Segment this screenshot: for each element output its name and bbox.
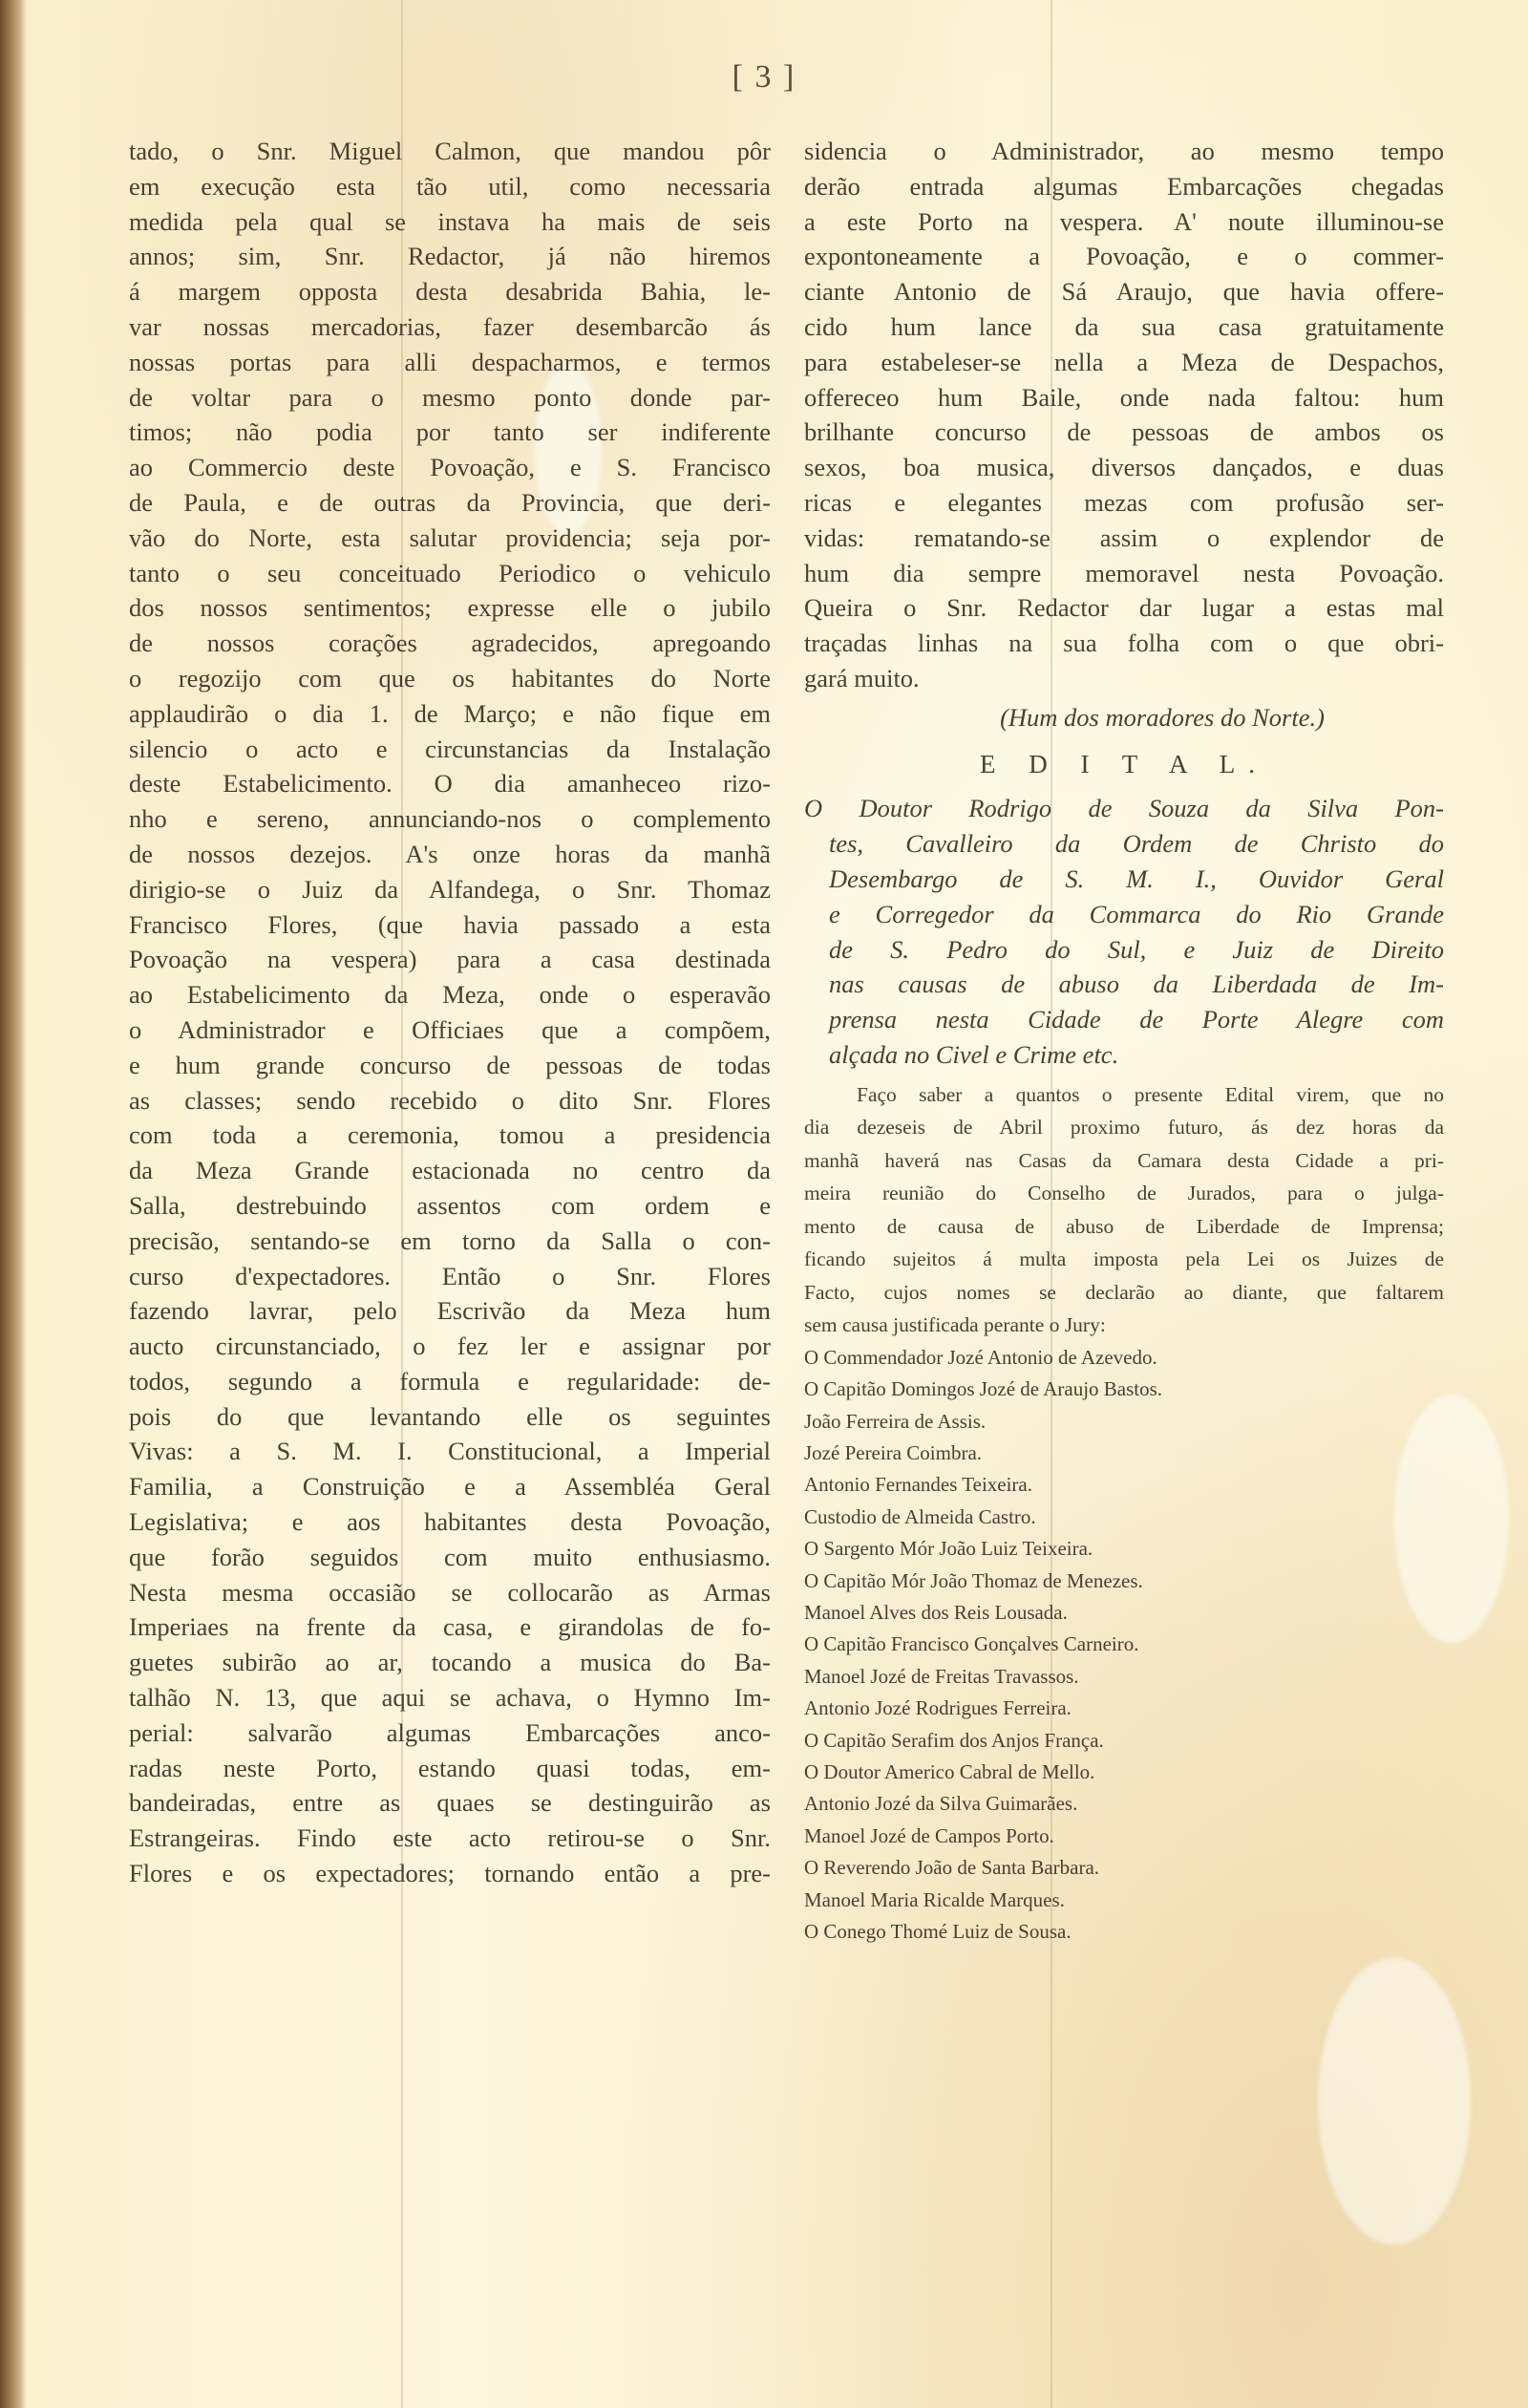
juror-name: O Reverendo João de Santa Barbara.	[804, 1852, 1444, 1884]
text-line: nossas portas para alli despacharmos, e …	[129, 345, 771, 380]
text-line: var nossas mercadorias, fazer desembarcã…	[129, 309, 771, 345]
text-line: de nossos dezejos. A's onze horas da man…	[129, 837, 771, 872]
text-line: dos nossos sentimentos; expresse elle o …	[129, 590, 771, 626]
text-line: nho e sereno, annunciando-nos o compleme…	[129, 801, 771, 837]
text-line: Faço saber a quantos o presente Edital v…	[804, 1078, 1444, 1112]
juror-name: Antonio Jozé Rodrigues Ferreira.	[804, 1693, 1444, 1724]
text-line: radas neste Porto, estando quasi todas, …	[129, 1751, 771, 1786]
text-line: precisão, sentando-se em torno da Salla …	[129, 1224, 771, 1259]
juror-name: Manoel Jozé de Freitas Travassos.	[804, 1661, 1444, 1693]
text-line: brilhante concurso de pessoas de ambos o…	[804, 415, 1444, 450]
text-line: applaudirão o dia 1. de Março; e não fiq…	[129, 696, 771, 732]
text-line: curso d'expectadores. Então o Snr. Flore…	[129, 1259, 771, 1294]
edital-heading: E D I T A L.	[804, 747, 1444, 782]
text-line: talhão N. 13, que aqui se achava, o Hymn…	[129, 1680, 771, 1715]
text-line: de S. Pedro do Sul, e Juiz de Direito	[804, 932, 1444, 968]
text-line: para estabeleser-se nella a Meza de Desp…	[804, 345, 1444, 380]
text-line: a este Porto na vespera. A' noute illumi…	[804, 204, 1444, 240]
juror-name: O Sargento Mór João Luiz Teixeira.	[804, 1533, 1444, 1565]
juror-name: O Capitão Francisco Gonçalves Carneiro.	[804, 1629, 1444, 1660]
newspaper-page: [ 3 ] tado, o Snr. Miguel Calmon, que ma…	[0, 0, 1528, 2408]
text-line: com toda a ceremonia, tomou a presidenci…	[129, 1118, 771, 1153]
text-line: perial: salvarão algumas Embarcações anc…	[129, 1715, 771, 1751]
juror-name: Antonio Fernandes Teixeira.	[804, 1469, 1444, 1501]
juror-name: Antonio Jozé da Silva Guimarães.	[804, 1788, 1444, 1820]
text-line: Flores e os expectadores; tornando então…	[129, 1856, 771, 1891]
text-line: as classes; sendo recebido o dito Snr. F…	[129, 1083, 771, 1119]
juror-name: Manoel Jozé de Campos Porto.	[804, 1821, 1444, 1852]
text-line: Familia, a Construição e a Assembléa Ger…	[129, 1469, 771, 1504]
juror-name: O Capitão Mór João Thomaz de Menezes.	[804, 1566, 1444, 1597]
text-line: vidas: rematando-se assim o explendor de	[804, 521, 1444, 556]
text-line: ciante Antonio de Sá Araujo, que havia o…	[804, 274, 1444, 309]
edital-body: Faço saber a quantos o presente Edital v…	[804, 1078, 1444, 1342]
text-line: guetes subirão ao ar, tocando a musica d…	[129, 1645, 771, 1680]
juror-name: João Ferreira de Assis.	[804, 1406, 1444, 1438]
text-line: pois do que levantando elle os seguintes	[129, 1399, 771, 1435]
juror-name: Jozé Pereira Coimbra.	[804, 1438, 1444, 1469]
text-line: todos, segundo a formula e regularidade:…	[129, 1364, 771, 1399]
text-line: gará muito.	[804, 661, 1444, 696]
text-line: expontoneamente a Povoação, e o commer-	[804, 239, 1444, 274]
text-line: dirigio-se o Juiz da Alfandega, o Snr. T…	[129, 872, 771, 907]
text-line: de nossos corações agradecidos, apregoan…	[129, 626, 771, 661]
text-line: cido hum lance da sua casa gratuitamente	[804, 309, 1444, 345]
text-line: Facto, cujos nomes se declarão ao diante…	[804, 1276, 1444, 1310]
page-number: [ 3 ]	[731, 59, 797, 96]
text-line: ao Estabelicimento da Meza, onde o esper…	[129, 977, 771, 1012]
text-line: sem causa justificada perante o Jury:	[804, 1309, 1444, 1342]
text-line: tanto o seu conceituado Periodico o vehi…	[129, 556, 771, 591]
text-line: hum dia sempre memoravel nesta Povoação.	[804, 556, 1444, 591]
juror-name: Manoel Maria Ricalde Marques.	[804, 1885, 1444, 1916]
text-line: Estrangeiras. Findo este acto retirou-se…	[129, 1821, 771, 1856]
text-line: fazendo lavrar, pelo Escrivão da Meza hu…	[129, 1293, 771, 1329]
jurors-list: O Commendador Jozé Antonio de Azevedo. O…	[804, 1342, 1444, 1949]
juror-name: O Commendador Jozé Antonio de Azevedo.	[804, 1342, 1444, 1374]
text-line: Salla, destrebuindo assentos com ordem e	[129, 1188, 771, 1224]
text-line: Imperiaes na frente da casa, e girandola…	[129, 1609, 771, 1645]
left-column-article: tado, o Snr. Miguel Calmon, que mandou p…	[129, 134, 771, 1891]
text-line: bandeiradas, entre as quaes se destingui…	[129, 1785, 771, 1821]
edital-intro: O Doutor Rodrigo de Souza da Silva Pon- …	[804, 791, 1444, 1072]
text-line: ficando sujeitos á multa imposta pela Le…	[804, 1243, 1444, 1276]
text-line: deste Estabelicimento. O dia amanheceo r…	[129, 766, 771, 801]
text-line: mento de causa de abuso de Liberdade de …	[804, 1210, 1444, 1244]
text-line: o regozijo com que os habitantes do Nort…	[129, 661, 771, 696]
text-line: meira reunião do Conselho de Jurados, pa…	[804, 1177, 1444, 1210]
text-line: e Corregedor da Commarca do Rio Grande	[804, 897, 1444, 932]
text-line: Queira o Snr. Redactor dar lugar a estas…	[804, 590, 1444, 626]
text-line: que forão seguidos com muito enthusiasmo…	[129, 1540, 771, 1575]
text-line: Legislativa; e aos habitantes desta Povo…	[129, 1504, 771, 1540]
text-line: sidencia o Administrador, ao mesmo tempo	[804, 134, 1444, 169]
text-line: de voltar para o mesmo ponto donde par-	[129, 380, 771, 416]
text-line: manhã haverá nas Casas da Camara desta C…	[804, 1144, 1444, 1178]
text-line: O Doutor Rodrigo de Souza da Silva Pon-	[804, 791, 1444, 826]
text-line: Vivas: a S. M. I. Constitucional, a Impe…	[129, 1434, 771, 1469]
article-signature: (Hum dos moradores do Norte.)	[804, 700, 1444, 735]
text-line: dia dezeseis de Abril proximo futuro, ás…	[804, 1111, 1444, 1144]
juror-name: O Doutor Americo Cabral de Mello.	[804, 1757, 1444, 1788]
text-line: Povoação na vespera) para a casa destina…	[129, 942, 771, 977]
text-line: da Meza Grande estacionada no centro da	[129, 1153, 771, 1188]
text-line: tado, o Snr. Miguel Calmon, que mandou p…	[129, 134, 771, 169]
text-line: vão do Norte, esta salutar providencia; …	[129, 521, 771, 556]
text-line: ricas e elegantes mezas com profusão ser…	[804, 485, 1444, 521]
text-line: ao Commercio deste Povoação, e S. Franci…	[129, 450, 771, 485]
text-line: medida pela qual se instava ha mais de s…	[129, 204, 771, 240]
right-column: sidencia o Administrador, ao mesmo tempo…	[804, 134, 1444, 1948]
text-line: á margem opposta desta desabrida Bahia, …	[129, 274, 771, 309]
article-continuation: sidencia o Administrador, ao mesmo tempo…	[804, 134, 1444, 696]
text-line: annos; sim, Snr. Redactor, já não hiremo…	[129, 239, 771, 274]
text-line: alçada no Civel e Crime etc.	[804, 1037, 1444, 1073]
juror-name: Manoel Alves dos Reis Lousada.	[804, 1597, 1444, 1629]
juror-name: O Conego Thomé Luiz de Sousa.	[804, 1916, 1444, 1948]
text-line: traçadas linhas na sua folha com o que o…	[804, 626, 1444, 661]
juror-name: Custodio de Almeida Castro.	[804, 1502, 1444, 1533]
text-line: de Paula, e de outras da Provincia, que …	[129, 485, 771, 521]
text-line: Desembargo de S. M. I., Ouvidor Geral	[804, 862, 1444, 897]
text-line: Nesta mesma occasião se collocarão as Ar…	[129, 1575, 771, 1610]
text-line: tes, Cavalleiro da Ordem de Christo do	[804, 826, 1444, 862]
text-line: sexos, boa musica, diversos dançados, e …	[804, 450, 1444, 485]
text-line: silencio o acto e circunstancias da Inst…	[129, 732, 771, 767]
text-line: Francisco Flores, (que havia passado a e…	[129, 907, 771, 943]
text-line: aucto circunstanciado, o fez ler e assig…	[129, 1329, 771, 1364]
text-line: o Administrador e Officiaes que a compõe…	[129, 1012, 771, 1048]
text-line: e hum grande concurso de pessoas de toda…	[129, 1048, 771, 1083]
text-line: prensa nesta Cidade de Porte Alegre com	[804, 1002, 1444, 1037]
text-line: nas causas de abuso da Liberdada de Im-	[804, 967, 1444, 1002]
juror-name: O Capitão Domingos Jozé de Araujo Bastos…	[804, 1374, 1444, 1405]
juror-name: O Capitão Serafim dos Anjos França.	[804, 1725, 1444, 1757]
paper-damage	[1318, 1958, 1471, 2245]
page-spine-edge	[0, 0, 27, 2408]
text-line: em execução esta tão util, como necessar…	[129, 169, 771, 204]
text-line: offereceo hum Baile, onde nada faltou: h…	[804, 380, 1444, 416]
text-line: timos; não podia por tanto ser indiferen…	[129, 415, 771, 450]
text-line: derão entrada algumas Embarcações chegad…	[804, 169, 1444, 204]
